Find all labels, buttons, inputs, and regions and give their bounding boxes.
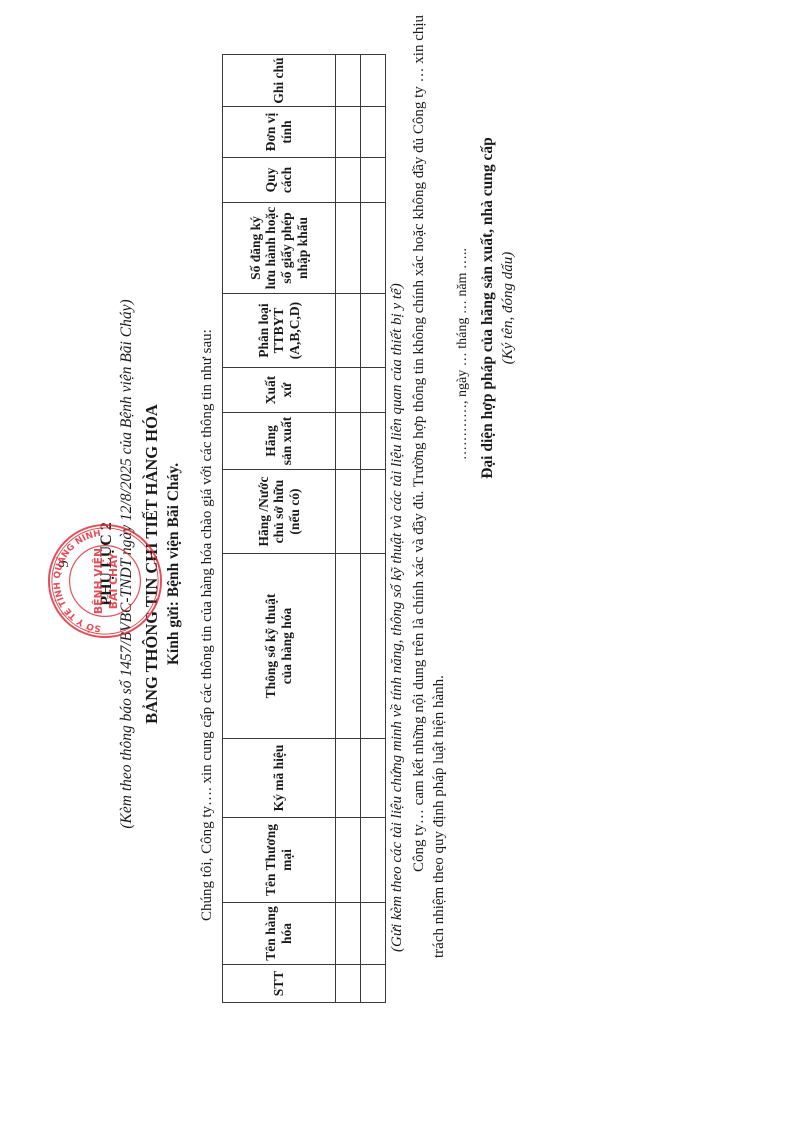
table-cell bbox=[336, 107, 361, 158]
table-cell bbox=[336, 739, 361, 818]
commitment-line-1: Công ty… cam kết những nội dung trên là … bbox=[411, 15, 428, 872]
table-cell bbox=[336, 203, 361, 294]
document-page: 9 PHỤ LỤC 2 (Kèm theo thông báo số 1457/… bbox=[0, 0, 800, 1128]
recipient-name: Bệnh viện Bãi Cháy. bbox=[165, 463, 182, 597]
table-cell bbox=[336, 368, 361, 413]
table-header-row: STT Tên hàng hóa Tên Thương mại Ký mã hi… bbox=[223, 55, 336, 1003]
table-cell bbox=[361, 739, 386, 818]
table-cell bbox=[336, 158, 361, 203]
signature-title: Đại diện hợp pháp của hãng sản xuất, nhà… bbox=[479, 0, 497, 618]
table-cell bbox=[361, 158, 386, 203]
header-unit: Đơn vị tính bbox=[223, 107, 336, 158]
recipient-line: Kính gửi: Bệnh viện Bãi Cháy. bbox=[165, 0, 183, 1128]
header-owner-country: Hãng /Nước chủ sở hữu (nếu có) bbox=[223, 470, 336, 554]
table-cell bbox=[336, 413, 361, 470]
table-cell bbox=[361, 470, 386, 554]
table-cell bbox=[361, 55, 386, 107]
intro-paragraph: Chúng tôi, Công ty…. xin cung cấp các th… bbox=[199, 329, 216, 921]
date-line: …………, ngày … tháng … năm ….. bbox=[455, 248, 471, 460]
table-cell bbox=[336, 903, 361, 965]
table-cell bbox=[336, 294, 361, 368]
table-row bbox=[361, 55, 386, 1003]
svg-text:BÃI CHÁY: BÃI CHÁY bbox=[107, 553, 120, 610]
table-cell bbox=[361, 107, 386, 158]
header-trade-name: Tên Thương mại bbox=[223, 818, 336, 903]
signature-note: (Ký tên, đóng dấu) bbox=[500, 0, 517, 618]
table-cell bbox=[336, 470, 361, 554]
red-seal-stamp-icon: SỞ Y TẾ TỈNH QUẢNG NINH BỆNH VIỆN BÃI CH… bbox=[46, 522, 164, 640]
goods-detail-table: STT Tên hàng hóa Tên Thương mại Ký mã hi… bbox=[222, 54, 386, 1003]
header-packaging: Quy cách bbox=[223, 158, 336, 203]
table-row bbox=[336, 55, 361, 1003]
svg-text:BỆNH VIỆN: BỆNH VIỆN bbox=[92, 548, 105, 614]
header-model-code: Ký mã hiệu bbox=[223, 739, 336, 818]
table-cell bbox=[361, 413, 386, 470]
header-device-class: Phân loại TTBYT (A,B,C,D) bbox=[223, 294, 336, 368]
header-stt: STT bbox=[223, 965, 336, 1003]
table-cell bbox=[361, 965, 386, 1003]
header-registration-number: Số đăng ký lưu hành hoặc số giấy phép nh… bbox=[223, 203, 336, 294]
table-cell bbox=[361, 903, 386, 965]
table-cell bbox=[336, 965, 361, 1003]
table-cell bbox=[336, 55, 361, 107]
header-goods-name: Tên hàng hóa bbox=[223, 903, 336, 965]
table-cell bbox=[361, 554, 386, 739]
commitment-line-2: trách nhiệm theo quy định pháp luật hiện… bbox=[431, 675, 448, 958]
table-cell bbox=[361, 818, 386, 903]
header-origin: Xuất xứ bbox=[223, 368, 336, 413]
table-cell bbox=[336, 818, 361, 903]
attachment-note: (Gửi kèm theo các tài liệu chứng minh về… bbox=[389, 283, 406, 952]
table-cell bbox=[361, 203, 386, 294]
recipient-label: Kính gửi: bbox=[165, 597, 182, 665]
table-cell bbox=[361, 294, 386, 368]
header-manufacturer: Hãng sản xuất bbox=[223, 413, 336, 470]
header-technical-specs: Thông số kỹ thuật của hàng hóa bbox=[223, 554, 336, 739]
table-cell bbox=[336, 554, 361, 739]
header-notes: Ghi chú bbox=[223, 55, 336, 107]
table-cell bbox=[361, 368, 386, 413]
